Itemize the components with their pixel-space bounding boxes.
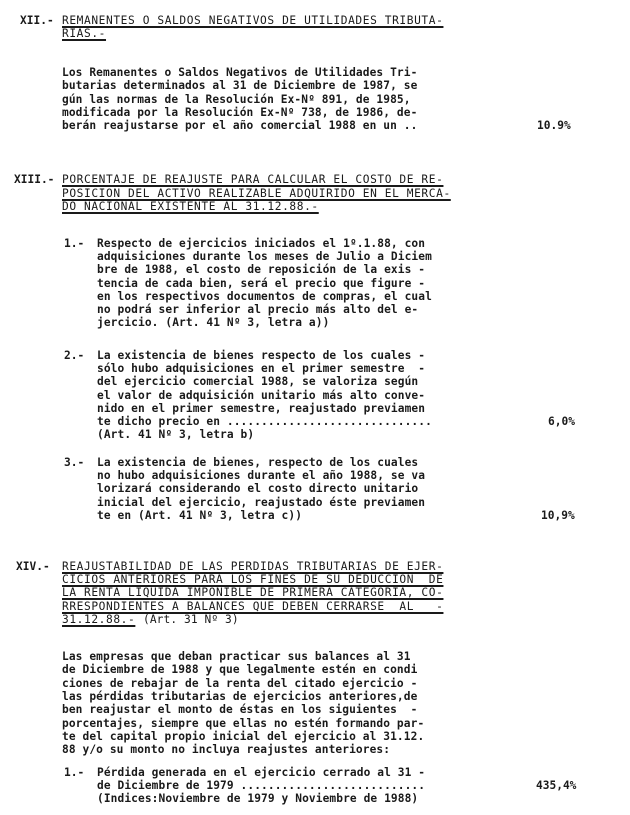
body-line: berán reajustarse por el año comercial 1… xyxy=(62,119,417,132)
section-heading-line: LA RENTA LIQUIDA IMPONIBLE DE PRIMERA CA… xyxy=(62,586,443,599)
body-line: butarias determinados al 31 de Diciembre… xyxy=(62,79,417,92)
body-line: ben reajustar el monto de éstas en los s… xyxy=(62,703,417,716)
body-line: gún las normas de la Resolución Ex-Nº 89… xyxy=(62,93,411,106)
section-number: XIV.- xyxy=(16,560,50,573)
item-line: bre de 1988, el costo de reposición de l… xyxy=(97,263,425,276)
section-heading-line: 31.12.88.- xyxy=(62,613,135,626)
item-line: Pérdida generada en el ejercicio cerrado… xyxy=(97,766,425,779)
section-heading-line: DO NACIONAL EXISTENTE AL 31.12.88.- xyxy=(62,200,319,213)
item-line: La existencia de bienes, respecto de los… xyxy=(97,456,418,469)
section-heading-line: CICIOS ANTERIORES PARA LOS FINES DE SU D… xyxy=(62,573,443,586)
item-line: Respecto de ejercicios iniciados el 1º.1… xyxy=(97,237,425,250)
section-heading-line: POSICION DEL ACTIVO REALIZABLE ADQUIRIDO… xyxy=(62,187,451,200)
item-line: te dicho precio en .....................… xyxy=(97,415,432,428)
item-number: 3.- xyxy=(64,456,84,469)
section-heading-reference: (Art. 31 Nº 3) xyxy=(143,613,239,626)
item-line: nido en el primer semestre, reajustado p… xyxy=(97,402,425,415)
item-line: inicial del ejercicio, reajustado éste p… xyxy=(97,496,425,509)
body-line: te del capital propio inicial del ejerci… xyxy=(62,730,424,743)
section-heading-line: REAJUSTABILIDAD DE LAS PERDIDAS TRIBUTAR… xyxy=(62,560,443,573)
percentage-value: 6,0% xyxy=(548,415,575,428)
item-line: el valor de adquisición unitario más alt… xyxy=(97,389,425,402)
section-number: XII.- xyxy=(20,14,54,27)
section-heading-line: REMANENTES O SALDOS NEGATIVOS DE UTILIDA… xyxy=(62,14,443,27)
body-line: 88 y/o su monto no incluya reajustes ant… xyxy=(62,743,390,756)
body-line: Los Remanentes o Saldos Negativos de Uti… xyxy=(62,66,417,79)
item-line: lorizará considerando el costo directo u… xyxy=(97,482,418,495)
item-line: en los respectivos documentos de compras… xyxy=(97,290,432,303)
section-heading-line: RIAS.- xyxy=(62,27,106,40)
item-line: del ejercicio comercial 1988, se valoriz… xyxy=(97,375,418,388)
body-line: ciones de rebajar de la renta del citado… xyxy=(62,677,417,690)
percentage-value: 435,4% xyxy=(536,779,576,792)
item-number: 1.- xyxy=(64,237,84,250)
percentage-value: 10.9% xyxy=(537,119,571,132)
section-number: XIII.- xyxy=(14,173,54,186)
item-number: 1.- xyxy=(64,766,84,779)
item-line: te en (Art. 41 Nº 3, letra c)) xyxy=(97,509,302,522)
body-line: porcentajes, siempre que ellas no estén … xyxy=(62,717,424,730)
body-line: de Diciembre de 1988 y que legalmente es… xyxy=(62,663,417,676)
item-line: sólo hubo adquisiciones en el primer sem… xyxy=(97,362,425,375)
item-line: adquisiciones durante los meses de Julio… xyxy=(97,250,432,263)
item-line: de Diciembre de 1979 ...................… xyxy=(97,779,425,792)
item-line: La existencia de bienes respecto de los … xyxy=(97,349,425,362)
section-heading-line: PORCENTAJE DE REAJUSTE PARA CALCULAR EL … xyxy=(62,173,443,186)
item-line: jercicio. (Art. 41 Nº 3, letra a)) xyxy=(97,316,329,329)
body-line: las pérdidas tributarias de ejercicios a… xyxy=(62,690,417,703)
body-line: Las empresas que deban practicar sus bal… xyxy=(62,650,411,663)
percentage-value: 10,9% xyxy=(541,509,575,522)
item-line: no podrá ser inferior al precio más alto… xyxy=(97,303,418,316)
body-line: modificada por la Resolución Ex-Nº 738, … xyxy=(62,106,417,119)
section-heading-line: RRESPONDIENTES A BALANCES QUE DEBEN CERR… xyxy=(62,600,443,613)
item-line: (Indices:Noviembre de 1979 y Noviembre d… xyxy=(97,792,418,805)
item-number: 2.- xyxy=(64,349,84,362)
item-line: tencia de cada bien, será el precio que … xyxy=(97,277,425,290)
item-line: (Art. 41 Nº 3, letra b) xyxy=(97,428,254,441)
item-line: no hubo adquisiciones durante el año 198… xyxy=(97,469,425,482)
